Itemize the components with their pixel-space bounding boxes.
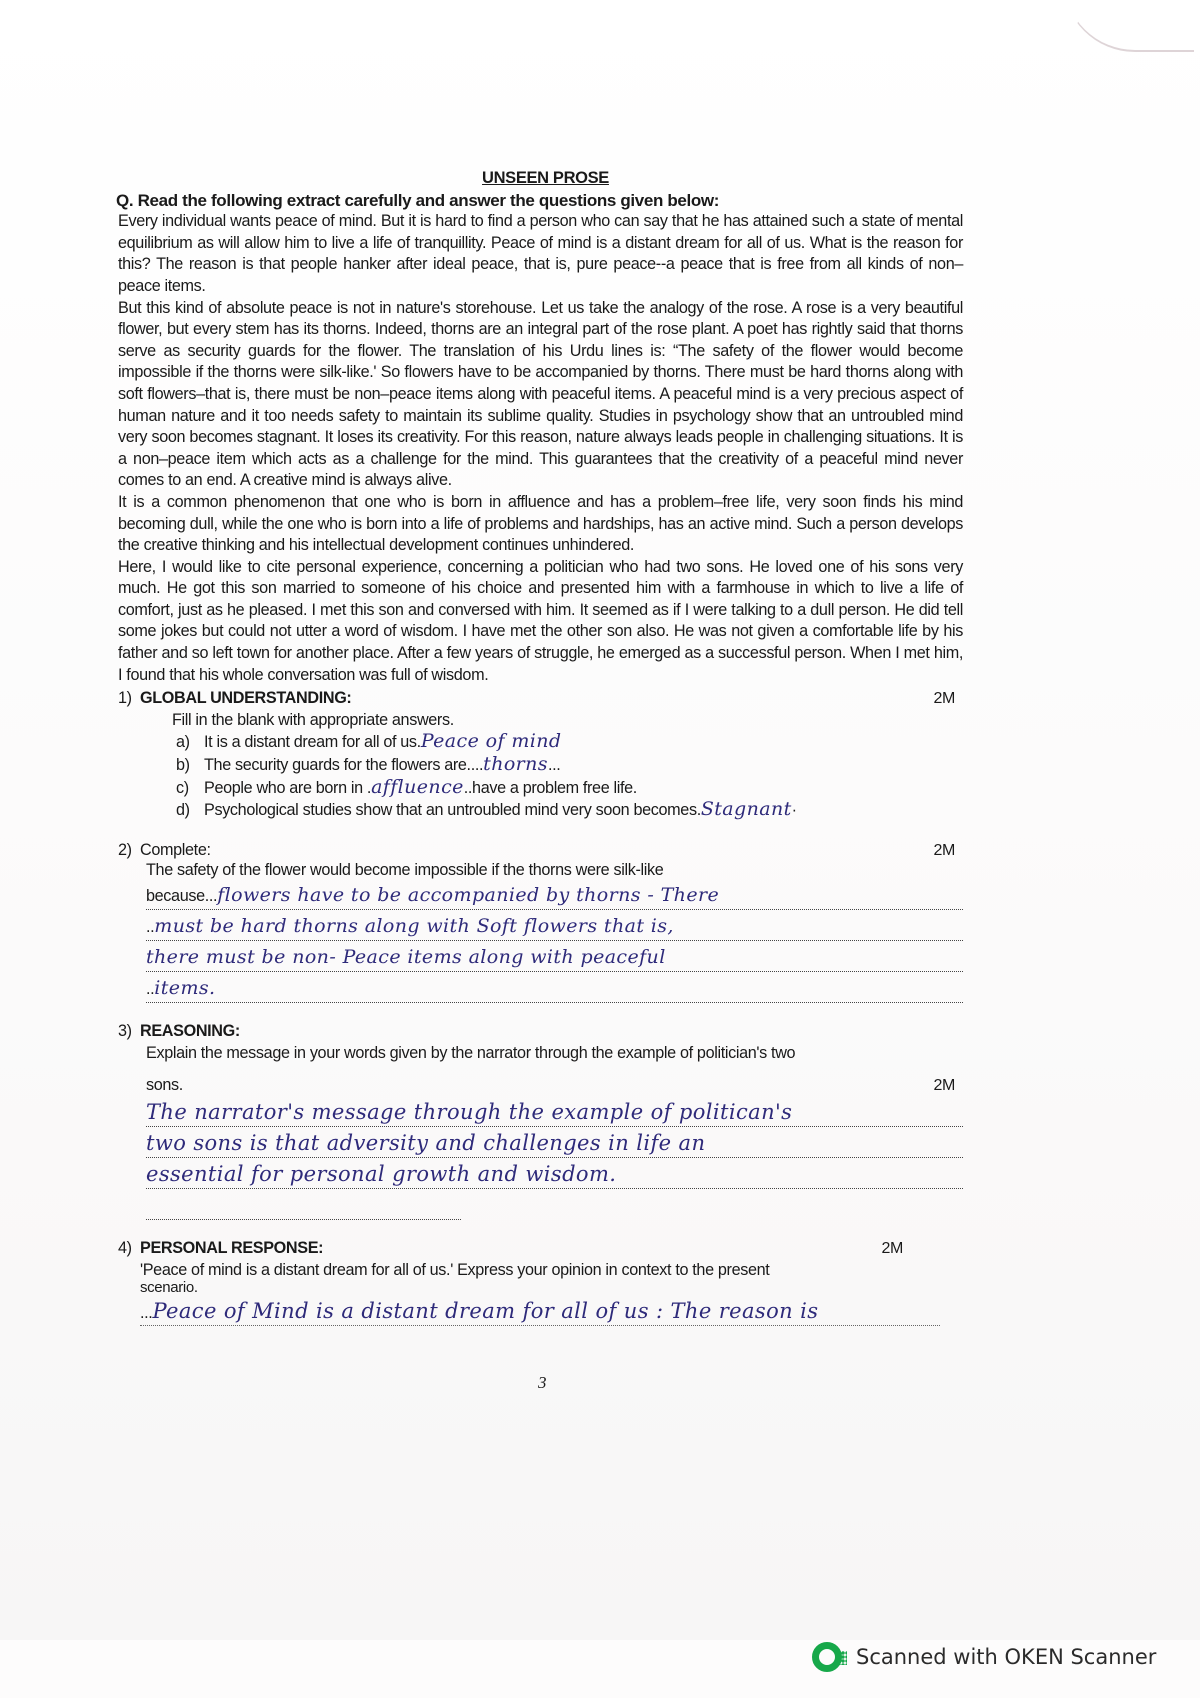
answer-line[interactable]: ..items.	[146, 972, 963, 1003]
question-3-header: 3) REASONING:	[118, 1021, 963, 1043]
question-heading: Complete:	[140, 841, 211, 859]
marks-label: 2M	[933, 1075, 963, 1097]
page-title: UNSEEN PROSE	[128, 168, 963, 190]
question-prompt: The safety of the flower would become im…	[118, 861, 963, 879]
question-2-header: 2) Complete: 2M	[118, 840, 963, 862]
fill-blank-item: a) It is a distant dream for all of us. …	[118, 731, 963, 754]
answer-line[interactable]: because...flowers have to be accompanied…	[146, 879, 963, 910]
passage-paragraph: Here, I would like to cite personal expe…	[118, 557, 963, 687]
answer-line[interactable]: essential for personal growth and wisdom…	[146, 1158, 963, 1189]
answer-line[interactable]: The narrator's message through the examp…	[146, 1096, 963, 1127]
question-prompt-continued: sons. 2M	[118, 1075, 963, 1097]
answer-line[interactable]: there must be non- Peace items along wit…	[146, 941, 963, 972]
question-heading: REASONING:	[140, 1022, 240, 1040]
handwritten-answer[interactable]: affluence	[371, 777, 464, 799]
answer-block: The narrator's message through the examp…	[118, 1096, 963, 1220]
watermark-text: Scanned with OKEN Scanner	[856, 1645, 1156, 1669]
question-4-header: 4) PERSONAL RESPONSE: 2M	[118, 1238, 963, 1260]
question-heading: PERSONAL RESPONSE:	[140, 1239, 323, 1257]
oken-scanner-logo-icon	[812, 1642, 842, 1672]
scanner-watermark: Scanned with OKEN Scanner	[812, 1642, 1156, 1672]
passage-paragraph: It is a common phenomenon that one who i…	[118, 492, 963, 557]
answer-line[interactable]: ..must be hard thorns along with Soft fl…	[146, 910, 963, 941]
passage: Every individual wants peace of mind. Bu…	[118, 211, 963, 686]
question-prompt: Explain the message in your words given …	[118, 1043, 963, 1065]
handwritten-answer[interactable]: Peace of mind	[421, 731, 562, 753]
question-heading: GLOBAL UNDERSTANDING:	[140, 689, 351, 707]
handwritten-answer[interactable]: thorns	[483, 754, 548, 776]
answer-line[interactable]	[146, 1189, 461, 1220]
question-number: 2)	[118, 841, 132, 859]
answer-block: because...flowers have to be accompanied…	[118, 879, 963, 1003]
question-prompt: 'Peace of mind is a distant dream for al…	[118, 1260, 963, 1282]
answer-line[interactable]: ...Peace of Mind is a distant dream for …	[140, 1295, 940, 1326]
question-prompt: Fill in the blank with appropriate answe…	[118, 710, 963, 732]
question-number: 3)	[118, 1022, 132, 1040]
fill-blank-item: d) Psychological studies show that an un…	[118, 799, 963, 822]
question-prompt-continued: scenario.	[118, 1281, 963, 1295]
marks-label: 2M	[881, 1238, 963, 1260]
answer-line[interactable]: two sons is that adversity and challenge…	[146, 1127, 963, 1158]
marks-label: 2M	[933, 840, 963, 862]
worksheet: UNSEEN PROSE Q. Read the following extra…	[118, 168, 963, 1326]
question-1-header: 1) GLOBAL UNDERSTANDING: 2M	[118, 688, 963, 710]
marks-label: 2M	[933, 688, 963, 710]
passage-paragraph: But this kind of absolute peace is not i…	[118, 298, 963, 492]
page-number: 3	[538, 1373, 547, 1393]
fill-blank-item: c) People who are born in . affluence ..…	[118, 777, 963, 800]
question-number: 4)	[118, 1239, 132, 1257]
question-number: 1)	[118, 689, 132, 707]
handwritten-answer[interactable]: Stagnant	[701, 799, 792, 821]
passage-paragraph: Every individual wants peace of mind. Bu…	[118, 211, 963, 297]
answer-block: ...Peace of Mind is a distant dream for …	[118, 1295, 963, 1326]
instruction: Q. Read the following extract carefully …	[116, 190, 963, 212]
fill-blank-item: b) The security guards for the flowers a…	[118, 754, 963, 777]
